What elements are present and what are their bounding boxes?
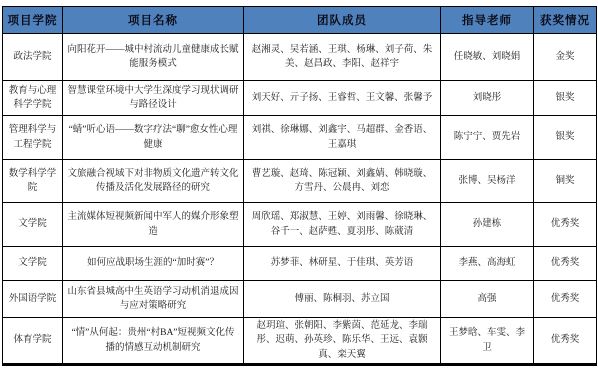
cell-advisors: 孙建栋	[441, 203, 534, 247]
cell-project: 如何应战职场生涯的“加时赛”？	[63, 247, 244, 281]
table-row: 文学院主流媒体短视频新闻中军人的媒介形象塑造周欣瑶、郑淑慧、王婷、刘雨馨、徐晓琳…	[3, 203, 597, 247]
cell-members: 刘祺、徐琳娜、刘鑫宇、马超群、金香语、王嘉琪	[244, 116, 441, 160]
cell-award: 优秀奖	[534, 318, 597, 365]
header-row: 项目学院 项目名称 团队成员 指导老师 获奖情况	[3, 7, 597, 34]
cell-advisors: 陈宁宁、贾先岩	[441, 116, 534, 160]
header-advisors: 指导老师	[441, 7, 534, 34]
cell-college: 文学院	[3, 203, 63, 247]
cell-college: 管理科学与工程学院	[3, 116, 63, 160]
cell-members: 傅丽、陈桐羽、苏立国	[244, 281, 441, 318]
cell-project: 主流媒体短视频新闻中军人的媒介形象塑造	[63, 203, 244, 247]
cell-award: 优秀奖	[534, 281, 597, 318]
table-row: 外国语学院山东省县城高中生英语学习动机消退成因与应对策略研究傅丽、陈桐羽、苏立国…	[3, 281, 597, 318]
cell-project: 智慧课堂环境中大学生深度学习现状调研与路径设计	[63, 81, 244, 116]
awards-table: 项目学院 项目名称 团队成员 指导老师 获奖情况 政法学院向阳花开——城中村流动…	[2, 6, 597, 366]
table-row: 政法学院向阳花开——城中村流动儿童健康成长赋能服务模式赵湘灵、吴若涵、王琪、杨琳…	[3, 34, 597, 81]
cell-project: 山东省县城高中生英语学习动机消退成因与应对策略研究	[63, 281, 244, 318]
cell-members: 赵湘灵、吴若涵、王琪、杨琳、刘子荷、朱美、赵昌政、李阳、赵祥宇	[244, 34, 441, 81]
cell-college: 政法学院	[3, 34, 63, 81]
cell-award: 铜奖	[534, 160, 597, 203]
cell-members: 曹艺璇、赵琦、陈冠颖、刘鑫婧、韩晓璇、方雪丹、公晨冉、刘恋	[244, 160, 441, 203]
cell-advisors: 王梦晗、车雯、李卫	[441, 318, 534, 365]
cell-advisors: 任晓敏、刘晓娟	[441, 34, 534, 81]
table-row: 管理科学与工程学院“蜻”听心语——数字疗法“聊”愈女性心理健康刘祺、徐琳娜、刘鑫…	[3, 116, 597, 160]
cell-advisors: 高强	[441, 281, 534, 318]
cell-members: 刘天好、亓子扬、王睿哲、王文馨、张馨予	[244, 81, 441, 116]
table-row: 体育学院“情”从何起：贵州“村BA”短视频文化传播的情感互动机制研究赵玥瑄、张朝…	[3, 318, 597, 365]
cell-project: 向阳花开——城中村流动儿童健康成长赋能服务模式	[63, 34, 244, 81]
header-members: 团队成员	[244, 7, 441, 34]
cell-members: 苏梦菲、林研星、于佳琪、英芳语	[244, 247, 441, 281]
cell-project: “蜻”听心语——数字疗法“聊”愈女性心理健康	[63, 116, 244, 160]
cell-award: 优秀奖	[534, 203, 597, 247]
cell-college: 外国语学院	[3, 281, 63, 318]
header-award: 获奖情况	[534, 7, 597, 34]
table-row: 数学科学学院文旅融合视域下对非物质文化遗产转文化传播及活化发展路径的研究曹艺璇、…	[3, 160, 597, 203]
cell-award: 银奖	[534, 116, 597, 160]
cell-college: 文学院	[3, 247, 63, 281]
cell-members: 赵玥瑄、张朝阳、李紫茵、范延龙、李瑞彤、迟萌、孙英珍、陈乐华、王远、袁颢真、栾天…	[244, 318, 441, 365]
table-row: 文学院如何应战职场生涯的“加时赛”？苏梦菲、林研星、于佳琪、英芳语李燕、高海虹优…	[3, 247, 597, 281]
header-project: 项目名称	[63, 7, 244, 34]
cell-project: “情”从何起：贵州“村BA”短视频文化传播的情感互动机制研究	[63, 318, 244, 365]
header-college: 项目学院	[3, 7, 63, 34]
cell-award: 银奖	[534, 81, 597, 116]
cell-college: 数学科学学院	[3, 160, 63, 203]
cell-award: 优秀奖	[534, 247, 597, 281]
table-row: 教育与心理科学学院智慧课堂环境中大学生深度学习现状调研与路径设计刘天好、亓子扬、…	[3, 81, 597, 116]
cell-project: 文旅融合视域下对非物质文化遗产转文化传播及活化发展路径的研究	[63, 160, 244, 203]
cell-college: 体育学院	[3, 318, 63, 365]
cell-award: 金奖	[534, 34, 597, 81]
cell-members: 周欣瑶、郑淑慧、王婷、刘雨馨、徐晓琳、谷千一、赵萨甦、夏羽彤、陈葳清	[244, 203, 441, 247]
cell-advisors: 刘晓彤	[441, 81, 534, 116]
cell-advisors: 李燕、高海虹	[441, 247, 534, 281]
cell-college: 教育与心理科学学院	[3, 81, 63, 116]
table-body: 政法学院向阳花开——城中村流动儿童健康成长赋能服务模式赵湘灵、吴若涵、王琪、杨琳…	[3, 34, 597, 365]
cell-advisors: 张博、吴杨洋	[441, 160, 534, 203]
